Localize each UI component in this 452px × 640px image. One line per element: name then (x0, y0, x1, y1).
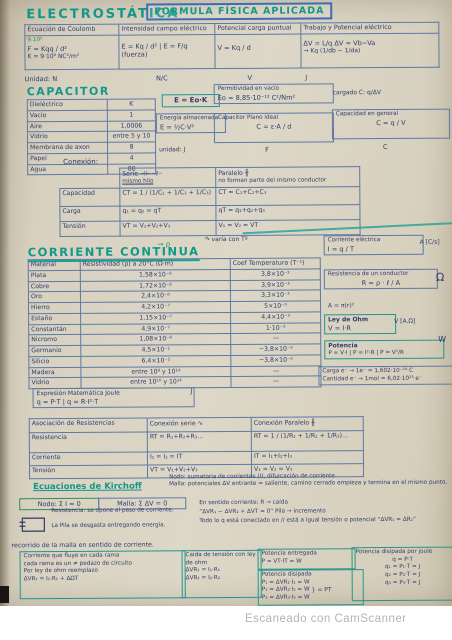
tension-paralelo: V₁ = V₂ = V₃ (254, 466, 292, 473)
material-label: Vacío (30, 112, 46, 119)
carga-paralelo: qT = q₁+q₂+q₃ (218, 207, 264, 214)
plano-unit: F (265, 146, 269, 154)
coef: 4,4×10⁻³ (261, 313, 290, 320)
resistividad: 1,58×10⁻⁸ (139, 271, 172, 278)
watt-unit: W (438, 335, 446, 344)
row-label: Carga (62, 208, 80, 215)
potencial-formula: V = Kq / d (217, 35, 298, 52)
coef: 3,3×10⁻³ (261, 292, 290, 299)
permitividad-box: Permitividad en vacío Eo = 8,85·10⁻¹² C²… (214, 83, 334, 104)
coef: 5×10⁻³ (264, 303, 287, 310)
row-label: Capacidad (62, 190, 95, 197)
rho-annotation: → ρ (158, 240, 171, 248)
material: Oro (31, 293, 42, 300)
energia-title: Energía almacenada (160, 115, 222, 123)
row-label: Tensión (32, 467, 55, 474)
serie-header: Serie (122, 171, 138, 178)
resistencia-formula: R = ρ · ℓ / A (328, 278, 434, 287)
material: Plata (31, 272, 47, 279)
electrostatica-table: Ecuación de Coulomb Intensidad campo elé… (24, 22, 439, 70)
material-label: Membrana de axon (30, 144, 90, 151)
material: Cobre (31, 283, 49, 290)
unit-volt: V (208, 74, 291, 83)
asociacion-header: Asociación de Resistencias (32, 420, 115, 428)
col-header: Potencial carga puntual (217, 25, 291, 32)
material: Silicio (31, 358, 49, 365)
conexion-label: Conexión: (63, 158, 98, 166)
col-header: Ecuación de Coulomb (27, 26, 95, 33)
general-unit: C (383, 143, 388, 151)
coef-header: Coef Temperatura (T⁻¹) (233, 260, 305, 267)
units-row: Unidad: N N/C V J (25, 73, 439, 84)
page-title: FORMULA FÍSICA APLICADA (146, 2, 332, 20)
resistividad: 1,15×10⁻⁷ (139, 314, 172, 321)
coef: — (273, 367, 279, 374)
capacitors-series-icon: ⊣⊢⊣⊢ (140, 169, 163, 177)
coef: — (273, 335, 279, 342)
plano-formula: C = ε·A / d (218, 122, 330, 131)
trabajo-formula-2: → Kq (1/db − 1/da) (303, 47, 436, 56)
ohm-formula: V = I·R (328, 324, 392, 333)
circuit-loop-icon (19, 515, 47, 535)
coef: −3,8×10⁻³ (259, 346, 293, 353)
resistividad: 1,72×10⁻⁸ (139, 282, 172, 289)
cantidad-electron: Cantidad e⁻ → 1mol = 6,02·10²³ e⁻ (322, 375, 450, 383)
coulomb-constant: K = 9·10⁹ NC²/m² (27, 52, 116, 60)
material: Hierro (31, 304, 50, 311)
ohm-symbol: Ω (436, 271, 444, 284)
material: Germanio (31, 347, 61, 354)
line: P₃ = ΔVR₃·I₃ = W (262, 595, 310, 603)
capacidad-paralelo: CT = C₁+C₂+C₃ (218, 189, 266, 196)
general-formula: C = q / V (336, 118, 446, 127)
temp-annotation: ↷ varía con Tº (205, 236, 248, 244)
resistividad-table: Material Resistividad (ρ) a 20°C (Ω·m) C… (28, 257, 322, 389)
ley-ohm-box: Ley de Ohm V = I·R (324, 314, 396, 335)
paralelo-tension-note: Todo lo q está conectado en // está a ig… (199, 517, 449, 526)
malla-note: Malla: potenciales ΔV entrante = salient… (169, 480, 451, 489)
e-eok-box: E = Eo·K (162, 94, 220, 107)
resistividad-header: Resistividad (ρ) a 20°C (Ω·m) (83, 260, 173, 268)
k-value: entre 5 y 10 (113, 133, 151, 140)
corriente-electrica-box: Corriente eléctrica I = q / T (324, 235, 424, 256)
page-title-text: FORMULA FÍSICA APLICADA (154, 5, 324, 17)
area-formula: A = π(r)² (328, 302, 354, 310)
resistividad: entre 10⁸ y 10¹⁴ (131, 368, 180, 375)
corriente-paralelo: IT = I₁+I₂+I₃ (254, 453, 292, 460)
resistividad: 4,5×10⁻¹ (141, 346, 170, 353)
line: ΔVR₁ = I₁·R₁ + ΔΩT (24, 575, 182, 584)
conexion-capacitores-table: Serie ⊣⊢⊣⊢ mismo hilo Paralelo ╫ no form… (59, 166, 360, 237)
resistividad: 4,2×10⁻⁷ (141, 303, 170, 310)
recorrido-note: recorrido de la malla en sentido de corr… (11, 541, 153, 549)
col-header: Intensidad campo eléctrico (121, 25, 207, 33)
unit-newton: Unidad: N (25, 75, 116, 84)
potencia-joule-cell: Potencia disipada por joule q = P·T q₁ =… (351, 547, 452, 602)
resistencia-se-opone-note: Resistencia: se opone al paso de corrien… (51, 507, 183, 515)
joule-unit: J (191, 387, 193, 395)
material: Constantán (31, 325, 67, 332)
coef: 3,9×10⁻³ (261, 281, 290, 288)
corriente-unit: A [C/s] (420, 239, 440, 247)
potencia-box: Potencia P = V·I | P = I²·R | P = V²/R (324, 340, 444, 360)
coef: −3,8×10⁻³ (259, 356, 293, 363)
scanned-formula-sheet: ELECTROSTÁTICA FORMULA FÍSICA APLICADA E… (0, 0, 452, 640)
resistividad: 1,08×10⁻⁶ (139, 336, 172, 343)
energia-unit: unidad: J (159, 146, 185, 154)
resistividad: 6,4×10⁻² (142, 357, 171, 364)
capacidad-serie: CT = 1 / (1/C₁ + 1/C₂ + 1/C₃) (122, 189, 211, 197)
permitividad-value: Eo = 8,85·10⁻¹² C²/Nm² (218, 93, 330, 102)
coef: 1·10⁻³ (266, 324, 286, 331)
trabajo-formula: ΔV = L/q ΔV = Vb−Va (303, 35, 436, 48)
carga-serie: q₁ = q₂ = qT (122, 207, 161, 214)
resistencia-conductor-box: Resistencia de un conductor R = ρ · ℓ / … (324, 269, 438, 290)
energia-formula: E = ½C·V² (160, 123, 222, 132)
sum-brace: } = PT (312, 587, 332, 595)
serie-subnote: mismo hilo (122, 178, 213, 186)
coef: — (273, 378, 279, 385)
unit-joule: J (291, 73, 438, 82)
campo-formula: E = Kq / d² | E = F/q (fuerza) (121, 36, 212, 59)
row-label: Resistencia (32, 434, 67, 441)
resistencia-serie: RT = R₁+R₂+R₃… (150, 433, 204, 440)
joule-box: Expresión Matemática Joule q = P·T | q =… (33, 387, 195, 408)
tension-paralelo: V₁ = V₂ = VT (219, 222, 259, 229)
resistencia-paralelo: RT = 1 / (1/R₁ + 1/R₂ + 1/R₃)… (254, 432, 348, 440)
malla-ecuacion-note: “ΔVR₁ − ΔVR₂ + ΔVT = 0” Pila → increment… (199, 508, 451, 517)
capacidad-general-box: Capacidad en general C = q / V (332, 109, 450, 140)
paralelo-subnote: no forman parte del mismo conductor (218, 177, 357, 186)
resistor-parallel-icon: ╫ (311, 418, 315, 426)
k-value: 1 (129, 111, 133, 118)
potencia-entregada-formula: P = VT·IT = W (262, 558, 352, 566)
coef: 3,8×10⁻³ (261, 270, 290, 277)
material: Estaño (31, 315, 52, 322)
k-value: 4 (130, 154, 134, 161)
potencia-entregada-cell: Potencia entregada P = VT·IT = W (258, 548, 356, 570)
resistividad: 4,9×10⁻⁷ (141, 325, 170, 332)
scan-content: ELECTROSTÁTICA FORMULA FÍSICA APLICADA E… (0, 0, 452, 607)
material: Vidrio (31, 379, 49, 386)
conexion-paralelo-header: Conexión Paralelo (254, 419, 309, 426)
corriente-formula: I = q / T (328, 245, 420, 254)
materials-header: Material (31, 261, 56, 268)
scan-artifact (0, 586, 9, 603)
line: ΔVR₂ = I₂·R₂ (186, 575, 258, 583)
k-value: 1,0006 (121, 122, 143, 129)
caida-tension-cell: Caída de tensión con ley de ohm ΔVR₁ = I… (182, 550, 262, 598)
carga-electron-box: Carga e⁻ → 1e⁻ = 1,602·10⁻¹⁹ C Cantidad … (318, 366, 452, 386)
material-label: Agua (30, 166, 46, 173)
k-value: 8 (130, 144, 134, 151)
pila-desgasta-note: La Pila se desgasta entregando energía. (51, 522, 189, 531)
joule-formula: q = P·T | q = R·I²·T (37, 397, 191, 407)
material-label: Papel (30, 155, 47, 162)
material: Madera (31, 369, 54, 376)
resistor-series-icon: ∿ (198, 419, 204, 427)
camscanner-watermark: Escaneado con CamScanner (245, 613, 407, 625)
resistividad: entre 10¹⁰ y 10¹⁴ (130, 379, 182, 386)
scan-shadow-edge (0, 0, 10, 606)
section-title-capacitor: CAPACITOR (27, 85, 110, 99)
potencia-disipada-cell: Potencia disipada P₁ = ΔVR₁·I₁ = W P₂ = … (258, 569, 364, 606)
ohm-unit: V [A.Ω] (394, 318, 415, 326)
corriente-serie: I₁ = I₂ = IT (150, 453, 182, 460)
corriente-rama-cell: Corriente que fluye en cada rama cada ra… (20, 550, 186, 599)
paralelo-header: Paralelo (218, 170, 243, 177)
cargado-note: cargado C: q/ΔV (333, 89, 381, 97)
conexion-serie-header: Conexión serie (150, 420, 196, 427)
resistividad: 2,4×10⁻⁸ (141, 293, 170, 300)
line: Caída de tensión con ley de ohm (186, 552, 258, 568)
sentido-corriente-note: En sentido corriente: R → caída (199, 499, 449, 508)
capacitor-plano-box: Capacitor Plano ideal C = ε·A / d (214, 112, 334, 143)
row-label: Corriente (32, 454, 61, 461)
unit-nc: N/C (115, 74, 208, 83)
dielectric-header: Dieléctrico (30, 101, 63, 108)
section-title-kirchhoff: Ecuaciones de Kirchoff (33, 482, 142, 493)
material-label: Vidrio (30, 133, 48, 140)
material: Nicromo (31, 336, 57, 343)
asociacion-resistencias-table: Asociación de Resistencias Conexión seri… (29, 416, 364, 479)
potencia-formulas: P = V·I | P = I²·R | P = V²/R (328, 349, 440, 357)
tension-serie: VT = V₁+V₂+V₃ (123, 222, 171, 229)
capacitors-parallel-icon: ╫ (245, 169, 249, 177)
row-label: Tensión (63, 223, 86, 230)
col-header: Trabajo y Potencial eléctrico (303, 24, 391, 32)
material-label: Aire (30, 123, 42, 130)
line: q₃ = P₃·T = J (356, 579, 450, 587)
tension-serie: VT = V₁+V₂+V₃ (150, 466, 198, 473)
k-header: K (129, 101, 133, 108)
